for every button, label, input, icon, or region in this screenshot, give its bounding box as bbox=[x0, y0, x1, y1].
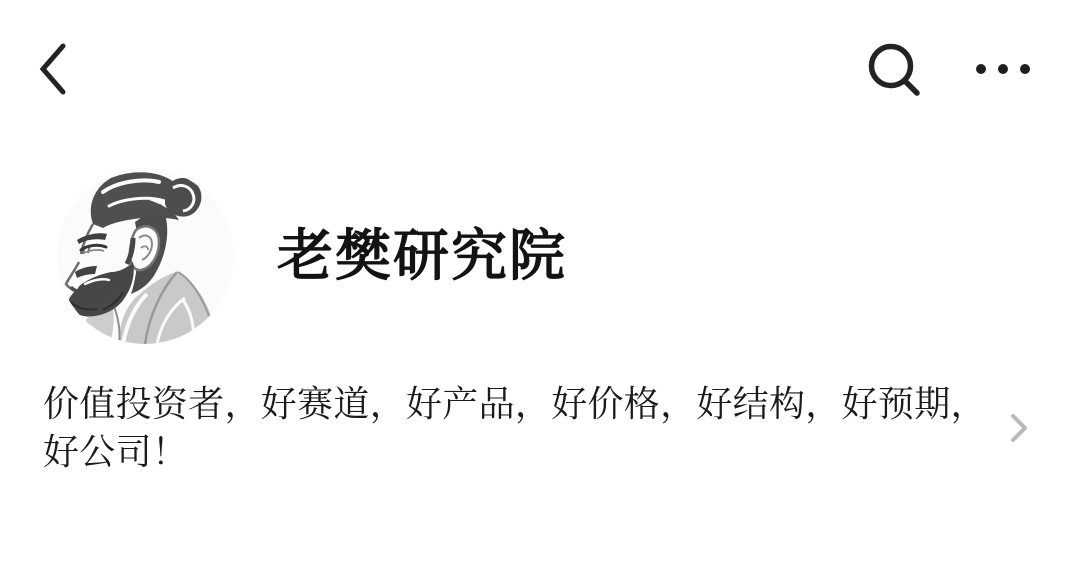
account-description: 价值投资者，好赛道，好产品，好价格，好结构，好预期，好公司！ bbox=[43, 380, 995, 476]
more-button[interactable] bbox=[972, 56, 1034, 82]
avatar[interactable] bbox=[57, 168, 233, 344]
back-button[interactable] bbox=[36, 42, 70, 96]
description-row[interactable]: 价值投资者，好赛道，好产品，好价格，好结构，好预期，好公司！ bbox=[0, 380, 1080, 476]
account-profile-screen: 老樊研究院 价值投资者，好赛道，好产品，好价格，好结构，好预期，好公司！ bbox=[0, 0, 1080, 587]
profile-header: 老樊研究院 bbox=[57, 168, 567, 344]
chevron-right-icon bbox=[1009, 410, 1029, 446]
search-button[interactable] bbox=[866, 42, 922, 98]
search-icon bbox=[867, 42, 921, 98]
avatar-illustration bbox=[57, 168, 233, 344]
chevron-left-icon bbox=[38, 43, 68, 95]
account-title: 老樊研究院 bbox=[277, 226, 567, 286]
ellipsis-icon bbox=[974, 62, 1032, 76]
